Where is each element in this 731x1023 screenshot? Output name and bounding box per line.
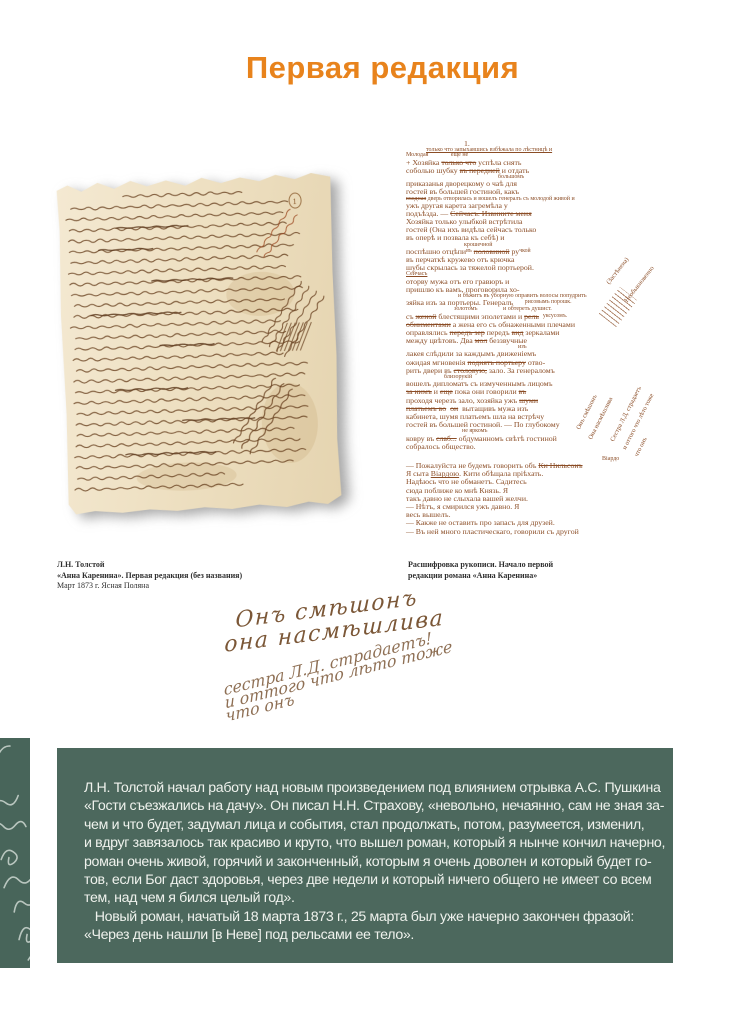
caption-line: «Анна Каренина». Первая редакция (без на…	[57, 571, 242, 582]
info-line: «Через день нашли [в Неве] под рельсами …	[84, 926, 673, 944]
poster-page: Первая редакция 1 1.только что запыхавши…	[0, 0, 731, 1023]
manuscript-page-mark: 1	[292, 197, 296, 206]
caption-line: Расшифровка рукописи. Начало первой	[408, 560, 553, 571]
page-title: Первая редакция	[0, 50, 731, 86]
transcript-line: между цвѣтовъ. Два мол беззвучные	[406, 337, 728, 345]
transcript-line: въ оперѣ и позвала къ себѣ) и	[406, 234, 728, 242]
manuscript-figure: 1	[56, 171, 341, 514]
info-line: тем, над чем я бился целый год».	[84, 889, 673, 907]
sidebar-script-texture	[0, 738, 30, 968]
info-line: «Гости съезжались на дачу». Он писал Н.Н…	[84, 797, 673, 815]
transcript-line: — Нѣтъ, я смирился ужъ давно. Я	[406, 503, 728, 511]
info-box: Л.Н. Толстой начал работу над новым прои…	[57, 748, 673, 963]
info-line: тов, если Бог даст здоровья, через две н…	[84, 871, 673, 889]
caption-left: Л.Н. Толстой «Анна Каренина». Первая ред…	[57, 560, 242, 592]
transcript-line: соболью шубку въ передней и отдать	[406, 167, 728, 175]
transcript-line: собралось общество.	[406, 443, 728, 451]
caption-line: Л.Н. Толстой	[57, 560, 242, 571]
manuscript-handwriting-svg: 1	[56, 171, 341, 514]
caption-line: Март 1873 г. Ясная Поляна	[57, 581, 242, 592]
transcript-block: 1.только что запыхавшись взбѣжала по лѣс…	[406, 140, 728, 536]
handwriting-fragment: Онъ смѣшонъ она насмѣшлива сестра Л.Д. с…	[234, 564, 602, 696]
info-line: чем и что будет, задумал лица и события,…	[84, 816, 673, 834]
sidebar-strip	[0, 738, 30, 968]
info-line: Л.Н. Толстой начал работу над новым прои…	[84, 779, 673, 797]
info-line: Новый роман, начатый 18 марта 1873 г., 2…	[84, 908, 673, 926]
transcript-line: шубы скрылась за тяжелой портьерой.	[406, 264, 728, 272]
transcript-line: — Въ ней много пластическаго, говорили с…	[406, 528, 728, 536]
info-line: и вдруг завязалось так красиво и круто, …	[84, 834, 673, 852]
transcript-line: гостей въ большей гостиной. — По глубоко…	[406, 421, 728, 429]
manuscript-paper: 1	[56, 171, 341, 514]
info-line: роман очень живой, горячий и законченный…	[84, 853, 673, 871]
